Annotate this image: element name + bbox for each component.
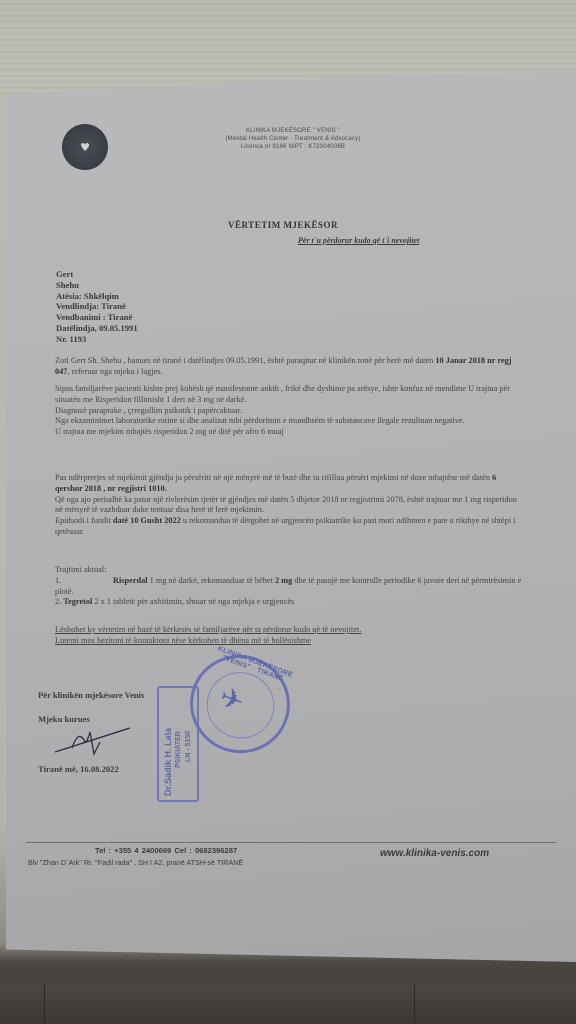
paragraph-relapse: Pas ndërprerjes së mjekimit gjëndja ju p… bbox=[55, 473, 525, 538]
drug-name: Tegretol bbox=[63, 597, 92, 606]
text: Epidsodi i fundit bbox=[55, 516, 113, 525]
patient-details: Gert Shehu Atësia: Shkëlqim Vendlindja: … bbox=[56, 269, 138, 345]
handwritten-signature bbox=[50, 720, 140, 760]
patient-first-name: Gert bbox=[56, 269, 138, 280]
diagnosis-text: Diagnozë paraprake , çrregullim psikotik… bbox=[55, 406, 525, 417]
text: , referuar nga mjeku i lagjes. bbox=[67, 367, 162, 376]
clinic-license: Licenca nr 9166 NIPT : K72004006B bbox=[188, 143, 398, 151]
document-title: VËRTETIM MJEKËSOR bbox=[228, 220, 338, 230]
clinic-seal-icon: ♥ bbox=[62, 124, 108, 170]
clinic-name: KLINIKA MJEKËSORE " VENIS " bbox=[188, 127, 398, 135]
text: Që nga ajo periudhë ka patur një rivlerë… bbox=[55, 495, 525, 517]
text: 2 x 1 tabletë për axhitimin, shtuar në n… bbox=[92, 597, 294, 606]
item-number: 2. bbox=[55, 597, 61, 606]
patient-number: Nr. 1193 bbox=[56, 334, 138, 345]
footer-website: www.klinika-venis.com bbox=[380, 848, 489, 859]
drug-name: Risperdal bbox=[113, 576, 148, 585]
dose-bold: 2 mg bbox=[275, 576, 292, 585]
clinic-subtitle: (Mental Health Center · Treatment & Advo… bbox=[188, 135, 398, 143]
item-number: 1. bbox=[55, 576, 113, 587]
footer-phone: Tel : +355 4 2400669 Cel : 0682396287 bbox=[95, 846, 237, 855]
stamp-doctor-title: PSIKIATER bbox=[175, 731, 182, 768]
document-subtitle: Për t´u përdorur kudo që t´i nevojitet bbox=[298, 236, 419, 245]
patient-residence: Vendbanimi : Tiranë bbox=[56, 312, 138, 323]
stamp-doctor-name: Dr.Sadik H. Lala bbox=[163, 728, 173, 796]
patient-father: Atësia: Shkëlqim bbox=[56, 291, 138, 302]
release-note: Lëshohet ky vërtetim në bazë të kërkesës… bbox=[55, 625, 361, 647]
treatment-heading: Trajtimi aktual: bbox=[55, 565, 525, 576]
stamp-doctor-license: LN - 5150 bbox=[185, 731, 192, 762]
text: Sipas familjarëve pacienti kishte prej k… bbox=[55, 384, 525, 406]
treatment-item: 1.Risperdal 1 mg në darkë, rekomanduar t… bbox=[55, 576, 525, 598]
text: Pas ndërprerjes së mjekimit gjëndja ju p… bbox=[55, 473, 492, 482]
release-line: Lëshohet ky vërtetim në bazë të kërkesës… bbox=[55, 625, 361, 636]
patient-last-name: Shehu bbox=[56, 280, 138, 291]
paragraph-history: Sipas familjarëve pacienti kishte prej k… bbox=[55, 384, 525, 438]
text: U trajtua me mjekim mbajtës risperidon 2… bbox=[55, 427, 525, 438]
place-date: Tiranë më, 16.08.2022 bbox=[38, 764, 119, 774]
text: Nga ekzaminimet laboratorike rutine si d… bbox=[55, 416, 525, 427]
medical-certificate: ♥ KLINIKA MJEKËSORE " VENIS " (Mental He… bbox=[0, 0, 576, 1024]
footer-divider bbox=[26, 842, 556, 843]
treatment-section: Trajtimi aktual: 1.Risperdal 1 mg në dar… bbox=[55, 565, 525, 608]
heart-emblem-icon: ♥ bbox=[80, 141, 90, 154]
patient-birthplace: Vendlindja: Tiranë bbox=[56, 301, 138, 312]
last-episode-date-bold: datë 10 Gusht 2022 bbox=[113, 516, 181, 525]
paragraph-first-visit: Zoti Gert Sh. Shehu , banues në tiranë i… bbox=[55, 356, 525, 378]
text: 1 mg në darkë, rekomanduar të bëhet bbox=[148, 576, 275, 585]
letterhead: KLINIKA MJEKËSORE " VENIS " (Mental Heal… bbox=[188, 127, 398, 151]
text: Zoti Gert Sh. Shehu , banues në tiranë i… bbox=[55, 356, 435, 365]
footer-address: Blv "Zhan D`Ark" Rr. "Fadil rada" , SH I… bbox=[28, 858, 243, 867]
clinic-signature-line: Për klinikën mjekësore Venis bbox=[38, 690, 144, 700]
patient-birth-date: Datëlindja, 09.05.1991 bbox=[56, 323, 138, 334]
treatment-item: 2. Tegretol 2 x 1 tabletë për axhitimin,… bbox=[55, 597, 525, 608]
contact-line: Lutemi mos hezitoni të kontaktoni nëse k… bbox=[55, 636, 361, 647]
